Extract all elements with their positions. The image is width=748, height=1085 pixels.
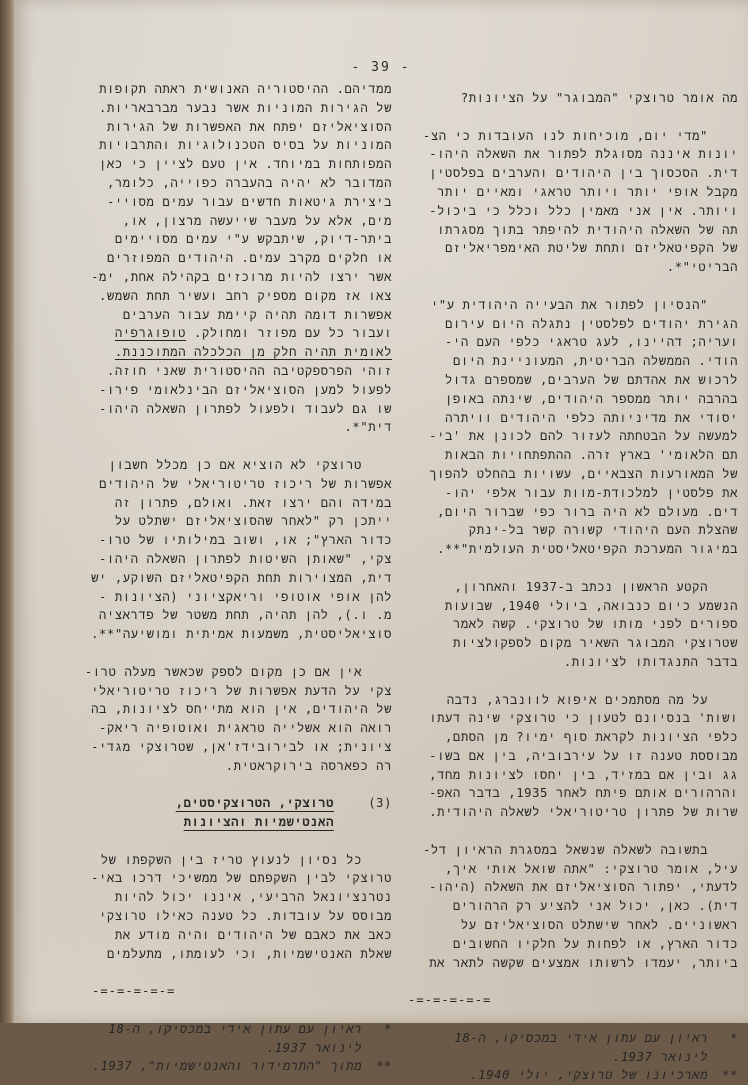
underlined-text: טופוגרפיה <box>115 326 186 340</box>
text-line: במידה והם ירצו זאת. ואולם, פתרון זה <box>92 494 392 513</box>
text-line: מ. ו.), להן תהיה, תחת משטר של פדראציה <box>92 606 392 625</box>
text-line: והרהורים אותם פיתח לאחר 1935, בדבר האפ- <box>408 784 738 803</box>
text-line: עיל, אומר טרוצקי: "אתה שואל אותי איך, <box>408 860 738 879</box>
section-title-line1: טרוצקי, הטרוצקיסטים, <box>176 796 334 810</box>
text-line: כאב את כאבם של היהודים והיה מודע את <box>92 926 392 945</box>
paragraph-gap <box>92 644 392 663</box>
text-line: ועבור כל עם מפוזר ומחולק. טופוגרפיה <box>92 324 392 343</box>
section-title-line2: האנטישמיות והציונות <box>92 813 392 832</box>
text-line: זוהי הפרספקטיבה ההיסטורית שאני חוזה. <box>92 362 392 381</box>
text-line: יונות איננה מסוגלת לפתור את השאלה היהו- <box>408 145 738 164</box>
paragraph-gap <box>408 672 738 691</box>
section-number: (3) <box>334 794 392 813</box>
text-line: ויותר. אין אני מאמין כלל וכלל כי ביכול- <box>408 202 738 221</box>
text-line: ושות' בנסיונם לטעון כי טרוצקי שינה דעתו <box>408 709 738 728</box>
text-line: שרות של פתרון טריטוריאלי לשאלה היהודית. <box>408 803 738 822</box>
text-line: למעשה על הבטחתה לעזור להם לכונן את 'בי- <box>408 427 738 446</box>
text-line: מבוססת טענה זו על עירבוביה, בין אם בשו- <box>408 747 738 766</box>
text-line: כדור הארץ, או לפחות על חלקיו החשובים <box>408 935 738 954</box>
footnote-divider: -=-=-=-=-= <box>92 982 392 1001</box>
text-line: שהצלת העם היהודי קשורה קשר בל-ינתק <box>408 521 738 540</box>
right-column: מה אומר טרוצקי "המבוגר" על הציונות?"מדי … <box>408 89 738 1023</box>
text-line: כלפי הציונות לקראת סוף ימיו? מן הסתם, <box>408 728 738 747</box>
text-line: צאו אז מקום מספיק רחב ועשיר תחת השמש. <box>92 287 392 306</box>
text-line: או חלקים מקרב עמים. היהודים המפוזרים <box>92 249 392 268</box>
text-line: ראשוניים. לאחר שישתלט הסוציאליזם על <box>408 916 738 935</box>
text-line: צקי על הדעת אפשרות של ריכוז טריטוריאלי <box>92 682 392 701</box>
text-line: במיגור המערכת הקפיטאליסטית העולמית"**. <box>408 540 738 559</box>
paragraph-gap <box>92 437 392 456</box>
text-line: שטרוצקי המבוגר השאיר מקום לספקולציות <box>408 634 738 653</box>
section-heading: (3)טרוצקי, הטרוצקיסטים, האנטישמיות והציו… <box>92 794 392 832</box>
text-line: יסודי את מדיניותה כלפי היהודים וויתרה <box>408 409 738 428</box>
text-line: של המאורעות הצבאיים, עשויות בהחלט להפוך <box>408 465 738 484</box>
text-line: הבריטי"*. <box>408 258 738 277</box>
text-line: סוציאליסטית, משמעות אמיתית ומושיעה"**. <box>92 625 392 644</box>
text-line: לדעתי, יפתור הסוציאליזם את השאלה (היהו- <box>408 878 738 897</box>
text-line: הודי. הממשלה הבריטית, המעוניינת היום <box>408 352 738 371</box>
text-line: הקטע הראשון נכתב ב-1937 והאחרון, <box>408 578 738 597</box>
underlined-text: לאומית תהיה חלק מן הכלכלה המתוכננת. <box>115 345 392 359</box>
text-line: של הגירות המוניות אשר נבער מברבאריות. <box>92 99 392 118</box>
text-line: "הנסיון לפתור את הבעייה היהודית ע"י <box>408 296 738 315</box>
text-line: את פלסטין למלכודת-מוות עבור אלפי יהו- <box>408 484 738 503</box>
text-line: ציונית; או לבירובידז'אן, שטרוצקי מגדי- <box>92 738 392 757</box>
paragraph-gap <box>408 277 738 296</box>
text-line: המדובר לא יהיה בהעברה כפוייה, כלומר, <box>92 174 392 193</box>
text-line: הגירת יהודים לפלסטין נתגלה היום עירום <box>408 315 738 334</box>
text-line: ביתר-דיוק, שיתבקש ע"י עמים מסויימים <box>92 230 392 249</box>
text-line: שו גם לעבוד ולפעול לפתרון השאלה היהו- <box>92 400 392 419</box>
left-column-body: ממדיהם. ההיסטוריה האנושית ראתה תקופותשל … <box>92 80 392 775</box>
text-line: רואה הוא אשלייה טראגית ואוטופיה ריאק- <box>92 719 392 738</box>
text-line: לרכוש את אהדתם של הערבים, שמספרם גדול <box>408 371 738 390</box>
text-line: בתשובה לשאלה שנשאל במסגרת הראיון דל- <box>408 841 738 860</box>
text-line: אין אם כן מקום לספק שכאשר מעלה טרו- <box>92 663 392 682</box>
text-line: צקי, "שאותן השיטות לפתרון השאלה היהו- <box>92 550 392 569</box>
paragraph-gap <box>408 108 738 127</box>
text-line: תה של השאלה היהודית להיפתר בתוך מסגרתו <box>408 221 738 240</box>
text-line: ביצירת גיטאות חדשים עבור עמים מסויי- <box>92 193 392 212</box>
text-line: של הקפיטאליזם ותחת שליטת האימפריאליזם <box>408 239 738 258</box>
text-line: מקבל אופי יותר ויותר טראגי ומאיים יותר <box>408 183 738 202</box>
text-line: אשר ירצו להיות מרוכזים בקהילה אחת, ימ- <box>92 268 392 287</box>
footnote-divider: -=-=-=-=-= <box>408 991 738 1010</box>
text-line: לאומית תהיה חלק מן הכלכלה המתוכננת. <box>92 343 392 362</box>
page-number: - 39 - <box>14 60 748 75</box>
text-line: ייתכן רק "לאחר שהסוציאליזם ישתלט על <box>92 512 392 531</box>
text-line: דית"*. <box>92 418 392 437</box>
text-line: דים. מעולם לא היה ברור כפי שברור היום, <box>408 503 738 522</box>
text-line: דית, המצוירות תחת הקפיטאליזם השוקע, יש <box>92 569 392 588</box>
text-line: ספורים לפני מותו של טרוצקי. קשה לאמר <box>408 615 738 634</box>
left-column-body-2: כל נסיון לנעוץ טריז בין השקפתו שלטרוצקי … <box>92 851 392 964</box>
text-line: תם הלאומי' בארץ זרה. ההתפתחויות הבאות <box>408 446 738 465</box>
text-line: גג ובין אם במזיד, בין יחסו לציונות מחד, <box>408 766 738 785</box>
text-line: ועריה; דהיינו, לעג טראגי כלפי העם הי- <box>408 333 738 352</box>
text-line: הסוציאליזם יפתח את האפשרות של הגירות <box>92 118 392 137</box>
text-line: דית. הסכסוך בין היהודים והערבים בפלסטין <box>408 164 738 183</box>
text-line: נטרנציונאל הרביעי, איננו יכול להיות <box>92 888 392 907</box>
text-line: שאלת האנטישמיות, וכי לעומתו, מתעלמים <box>92 945 392 964</box>
paragraph-gap <box>408 559 738 578</box>
text-line: של היהודים, אין הוא מתייחס לציונות, בה <box>92 700 392 719</box>
text-line: להן אופי אוטופי וריאקציוני (הציונות - <box>92 588 392 607</box>
text-line: ממדיהם. ההיסטוריה האנושית ראתה תקופות <box>92 80 392 99</box>
text-line: הנשמע כיום כנבואה, ביולי 1940, שבועות <box>408 597 738 616</box>
right-column-body: מה אומר טרוצקי "המבוגר" על הציונות?"מדי … <box>408 89 738 972</box>
text-line: "מדי יום, מוכיחות לנו העובדות כי הצ- <box>408 127 738 146</box>
text-line: טרוצקי לא הוציא אם כן מכלל חשבון <box>92 456 392 475</box>
text-line: המוניות על בסיס הטכנולוגיות והתרבויות <box>92 136 392 155</box>
text-line: לפעול למען הסוציאליזם הבינלאומי פירו- <box>92 381 392 400</box>
paragraph-gap <box>408 822 738 841</box>
text-line: רה כפארסה בירוקראטית. <box>92 757 392 776</box>
text-line: מבוסס על עובדות. כל טענה כאילו טרוצקי <box>92 907 392 926</box>
text-line: אפשרות דומה תהיה קיימת עבור הערבים <box>92 306 392 325</box>
text-line: בהרבה יותר ממספר היהודים, שינתה באופן <box>408 390 738 409</box>
text-line: אפשרות של ריכוז טריטוריאלי של היהודים <box>92 475 392 494</box>
text-line: ביותר, יעמדו לרשותו אמצעים שקשה לתאר את <box>408 954 738 973</box>
text-line: טרוצקי לבין השקפתם של ממשיכי דרכו באי- <box>92 869 392 888</box>
document-page: - 39 - מה אומר טרוצקי "המבוגר" על הציונו… <box>14 0 748 1023</box>
text-line: כדור הארץ"; או, ושוב במילותיו של טרו- <box>92 531 392 550</box>
text-line: מים, אלא על מעבר שייעשה מרצון, או, <box>92 212 392 231</box>
text-line: מה אומר טרוצקי "המבוגר" על הציונות? <box>408 89 738 108</box>
text-line: המפותחות במיוחד. אין טעם לציין כי כאן <box>92 155 392 174</box>
text-line: על מה מסתמכים איפוא לוונברג, נדבה <box>408 691 738 710</box>
text-line: כל נסיון לנעוץ טריז בין השקפתו של <box>92 851 392 870</box>
text-line: דית). כאן, יכול אני להציע רק הרהורים <box>408 897 738 916</box>
text-line: בדבר התנגדותו לציונות. <box>408 653 738 672</box>
left-column: ממדיהם. ההיסטוריה האנושית ראתה תקופותשל … <box>92 80 392 1023</box>
